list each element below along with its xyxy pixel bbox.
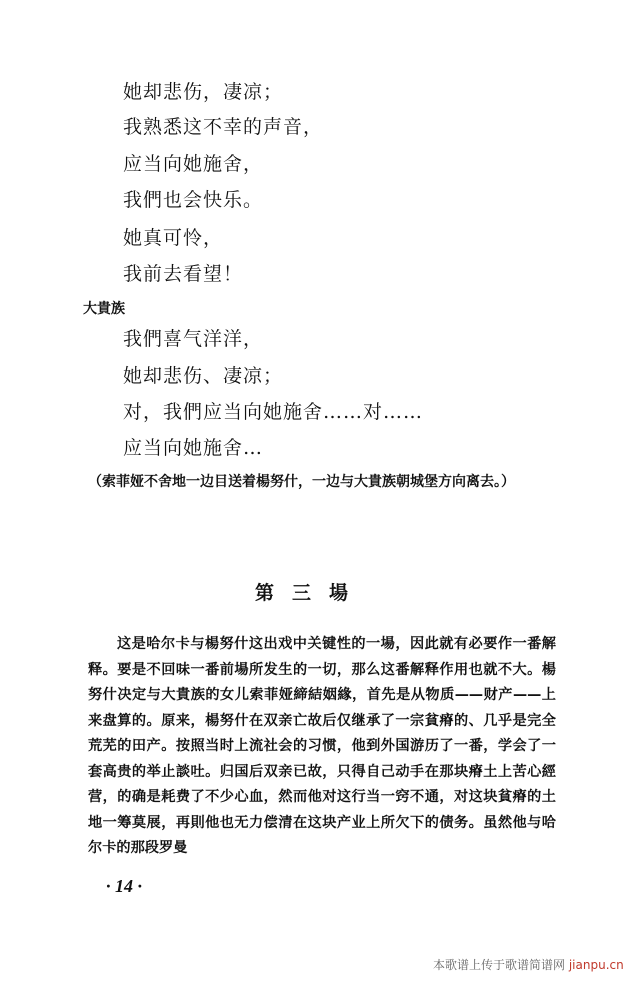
watermark-site: jianpu.cn [569, 958, 624, 972]
verse-line: 她却悲伤，凄凉； [123, 80, 283, 104]
verse-line: 我熟悉这不幸的声音， [123, 115, 323, 139]
verse-line: 她却悲伤、凄凉； [123, 364, 283, 388]
verse-line: 应当向她施舍… [123, 436, 263, 460]
verse-line: 我們也会快乐。 [123, 188, 263, 212]
prose-body: 这是哈尔卡与楊努什这出戏中关键性的一場，因此就有必要作一番解释。要是不回味一番前… [88, 632, 556, 862]
watermark: 本歌谱上传于歌谱简谱网 jianpu.cn [433, 956, 624, 973]
verse-line: 我前去看望！ [123, 262, 243, 286]
page-number: · 14 · [106, 876, 142, 897]
prose-paragraph: 这是哈尔卡与楊努什这出戏中关键性的一場，因此就有必要作一番解释。要是不回味一番前… [88, 632, 556, 862]
watermark-text: 本歌谱上传于歌谱简谱网 [433, 958, 565, 972]
scene-title: 第三場 [255, 578, 366, 605]
verse-line: 对，我們应当向她施舍……对…… [123, 400, 423, 424]
stage-direction: （索菲娅不舍地一边目送着楊努什，一边与大貴族朝城堡方向离去。） [88, 468, 558, 496]
speaker-name: 大貴族 [83, 298, 125, 318]
verse-line: 应当向她施舍， [123, 152, 263, 176]
verse-line: 我們喜气洋洋， [123, 327, 263, 351]
verse-line: 她真可怜， [123, 226, 223, 250]
